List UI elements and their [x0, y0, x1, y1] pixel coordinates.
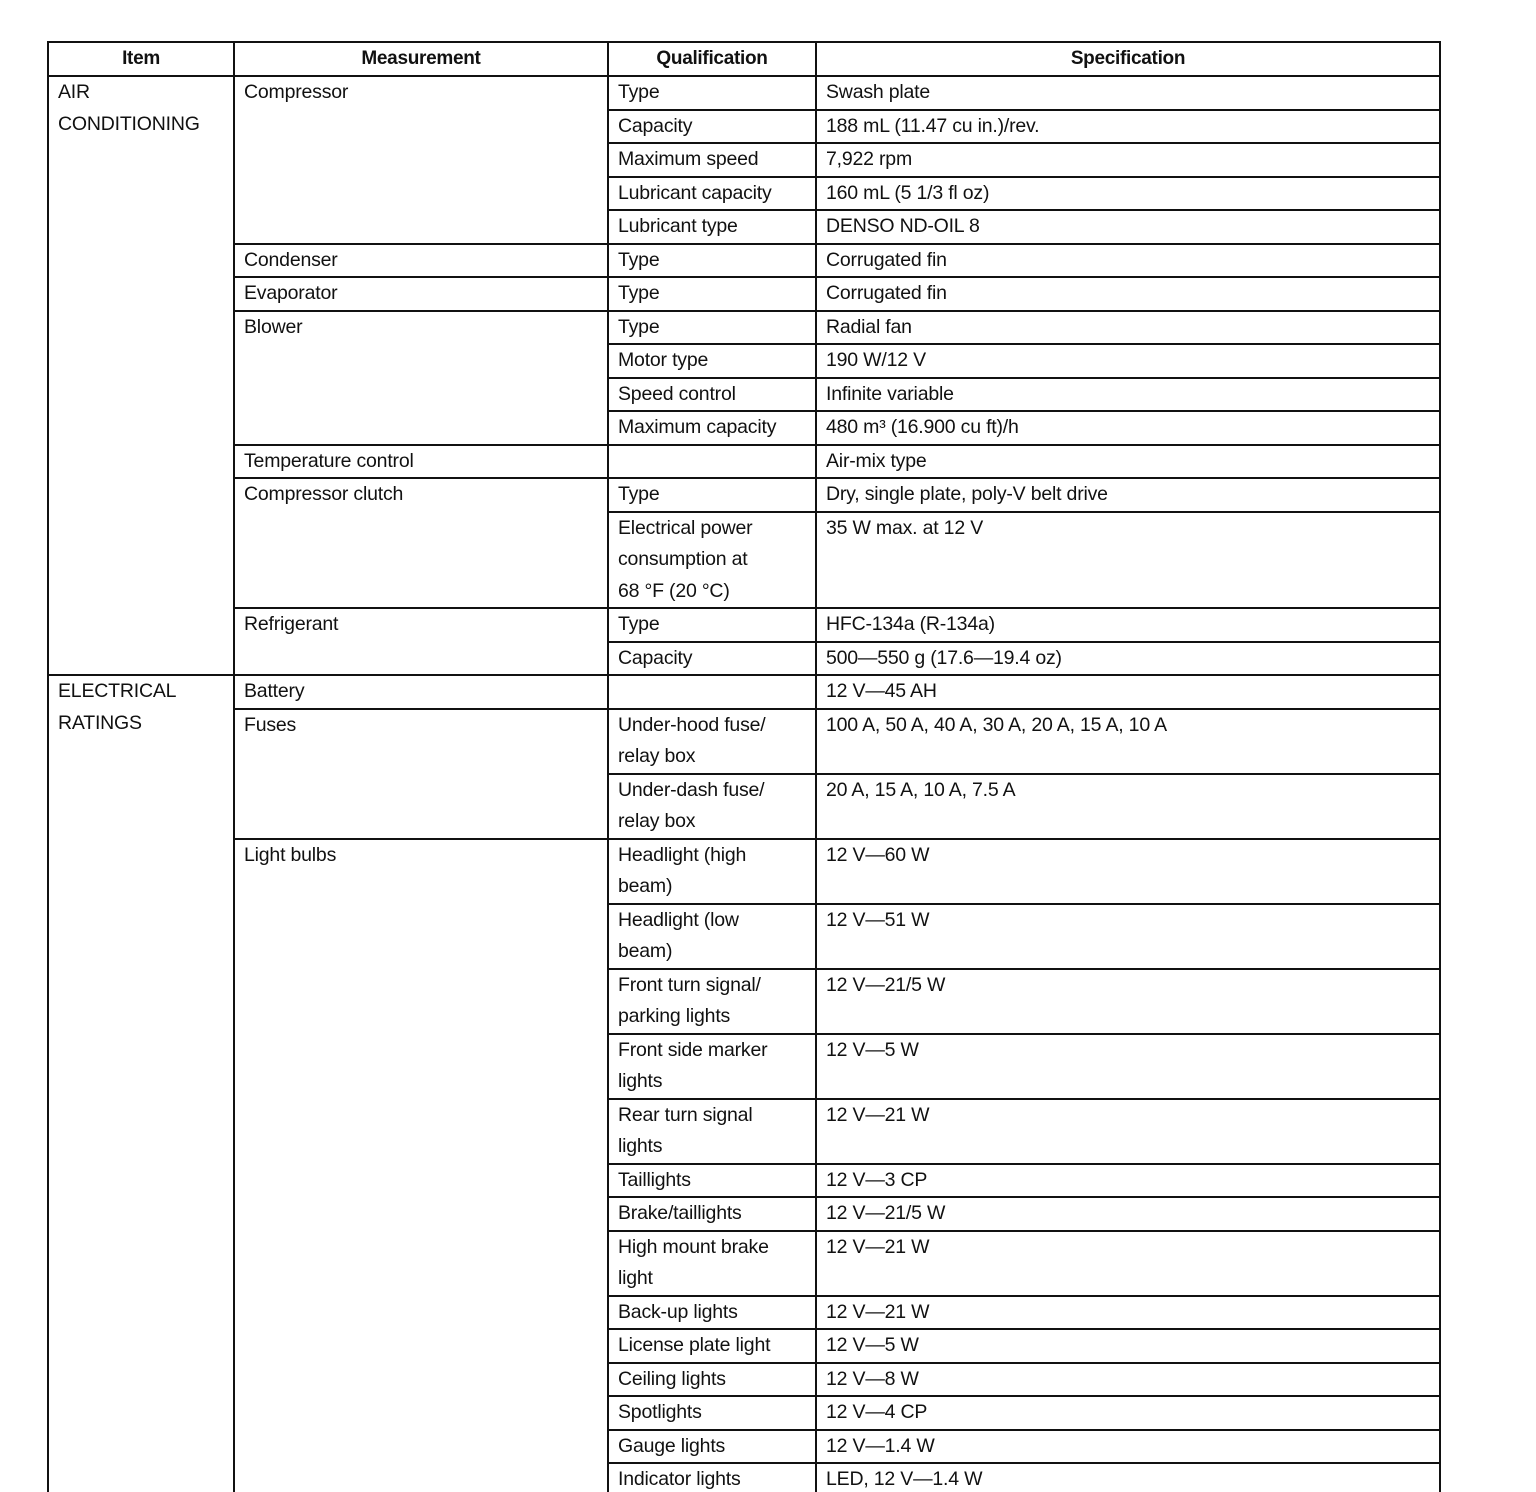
qualification-line: 68 °F (20 °C) — [618, 576, 806, 608]
qualification-cell: Type — [608, 277, 816, 311]
qualification-cell: Lubricant capacity — [608, 177, 816, 211]
specification-cell: 12 V—60 W — [816, 839, 1440, 904]
qualification-cell — [608, 675, 816, 709]
header-item: Item — [48, 42, 234, 76]
specification-cell: 188 mL (11.47 cu in.)/rev. — [816, 110, 1440, 144]
qualification-cell: Motor type — [608, 344, 816, 378]
table-row: FusesUnder-hood fuse/relay box100 A, 50 … — [48, 709, 1440, 774]
specification-cell: 100 A, 50 A, 40 A, 30 A, 20 A, 15 A, 10 … — [816, 709, 1440, 774]
specification-cell: Corrugated fin — [816, 277, 1440, 311]
item-cell: AIRCONDITIONING — [48, 76, 234, 675]
specification-cell: Dry, single plate, poly-V belt drive — [816, 478, 1440, 512]
specification-table: Item Measurement Qualification Specifica… — [47, 41, 1441, 1492]
measurement-cell: Battery — [234, 675, 608, 709]
specification-cell: 12 V—51 W — [816, 904, 1440, 969]
qualification-cell: Ceiling lights — [608, 1363, 816, 1397]
qualification-cell: Back-up lights — [608, 1296, 816, 1330]
specification-cell: 12 V—8 W — [816, 1363, 1440, 1397]
item-cell: ELECTRICALRATINGS — [48, 675, 234, 1492]
item-label-line: ELECTRICAL — [58, 676, 224, 708]
specification-cell: Radial fan — [816, 311, 1440, 345]
specification-cell: Air-mix type — [816, 445, 1440, 479]
item-label-line: AIR — [58, 77, 224, 109]
qualification-line: relay box — [618, 806, 806, 838]
specification-cell: 12 V—21/5 W — [816, 969, 1440, 1034]
specification-cell: 500—550 g (17.6—19.4 oz) — [816, 642, 1440, 676]
specification-cell: 12 V—4 CP — [816, 1396, 1440, 1430]
qualification-line: Rear turn signal — [618, 1100, 806, 1132]
qualification-cell: Maximum capacity — [608, 411, 816, 445]
qualification-cell: Lubricant type — [608, 210, 816, 244]
table-row: Compressor clutchTypeDry, single plate, … — [48, 478, 1440, 512]
specification-cell: 7,922 rpm — [816, 143, 1440, 177]
specification-cell: 190 W/12 V — [816, 344, 1440, 378]
qualification-cell: Type — [608, 244, 816, 278]
qualification-line: lights — [618, 1066, 806, 1098]
specification-cell: 12 V—3 CP — [816, 1164, 1440, 1198]
item-label-line: RATINGS — [58, 708, 224, 740]
measurement-cell: Evaporator — [234, 277, 608, 311]
specification-cell: 12 V—45 AH — [816, 675, 1440, 709]
qualification-cell: Headlight (highbeam) — [608, 839, 816, 904]
qualification-cell: Gauge lights — [608, 1430, 816, 1464]
table-row: AIRCONDITIONINGCompressorTypeSwash plate — [48, 76, 1440, 110]
qualification-line: Front turn signal/ — [618, 970, 806, 1002]
qualification-line: Headlight (low — [618, 905, 806, 937]
qualification-cell: Type — [608, 76, 816, 110]
table-row: CondenserTypeCorrugated fin — [48, 244, 1440, 278]
specification-cell: Infinite variable — [816, 378, 1440, 412]
specification-cell: 12 V—21/5 W — [816, 1197, 1440, 1231]
qualification-line: Electrical power — [618, 513, 806, 545]
specification-cell: 480 m³ (16.900 cu ft)/h — [816, 411, 1440, 445]
qualification-cell: Under-dash fuse/relay box — [608, 774, 816, 839]
qualification-line: Front side marker — [618, 1035, 806, 1067]
measurement-cell: Fuses — [234, 709, 608, 839]
item-label-line: CONDITIONING — [58, 109, 224, 141]
specification-cell: 12 V—5 W — [816, 1329, 1440, 1363]
header-measurement: Measurement — [234, 42, 608, 76]
qualification-cell: Rear turn signallights — [608, 1099, 816, 1164]
qualification-line: parking lights — [618, 1001, 806, 1033]
specification-cell: 35 W max. at 12 V — [816, 512, 1440, 609]
specification-cell: 12 V—21 W — [816, 1296, 1440, 1330]
measurement-cell: Condenser — [234, 244, 608, 278]
qualification-line: Headlight (high — [618, 840, 806, 872]
qualification-cell: Type — [608, 608, 816, 642]
qualification-cell: Under-hood fuse/relay box — [608, 709, 816, 774]
qualification-cell: Indicator lights — [608, 1463, 816, 1492]
measurement-cell: Compressor clutch — [234, 478, 608, 608]
qualification-cell: Electrical powerconsumption at68 °F (20 … — [608, 512, 816, 609]
specification-cell: DENSO ND-OIL 8 — [816, 210, 1440, 244]
qualification-line: lights — [618, 1131, 806, 1163]
specification-cell: LED, 12 V—1.4 W — [816, 1463, 1440, 1492]
header-specification: Specification — [816, 42, 1440, 76]
specification-cell: Corrugated fin — [816, 244, 1440, 278]
header-qualification: Qualification — [608, 42, 816, 76]
table-row: RefrigerantTypeHFC-134a (R-134a) — [48, 608, 1440, 642]
qualification-cell: Type — [608, 311, 816, 345]
qualification-cell: Taillights — [608, 1164, 816, 1198]
table-body: AIRCONDITIONINGCompressorTypeSwash plate… — [48, 76, 1440, 1492]
specification-cell: 12 V—1.4 W — [816, 1430, 1440, 1464]
specification-cell: 160 mL (5 1/3 fl oz) — [816, 177, 1440, 211]
qualification-line: light — [618, 1263, 806, 1295]
qualification-line: Under-dash fuse/ — [618, 775, 806, 807]
qualification-line: consumption at — [618, 544, 806, 576]
measurement-cell: Temperature control — [234, 445, 608, 479]
table-row: ELECTRICALRATINGSBattery12 V—45 AH — [48, 675, 1440, 709]
qualification-cell: License plate light — [608, 1329, 816, 1363]
table-row: Light bulbsHeadlight (highbeam)12 V—60 W — [48, 839, 1440, 904]
qualification-line: beam) — [618, 871, 806, 903]
specification-cell: 20 A, 15 A, 10 A, 7.5 A — [816, 774, 1440, 839]
table-row: EvaporatorTypeCorrugated fin — [48, 277, 1440, 311]
qualification-line: relay box — [618, 741, 806, 773]
qualification-cell: Headlight (lowbeam) — [608, 904, 816, 969]
qualification-cell: High mount brakelight — [608, 1231, 816, 1296]
qualification-cell: Capacity — [608, 642, 816, 676]
qualification-line: Under-hood fuse/ — [618, 710, 806, 742]
qualification-cell: Speed control — [608, 378, 816, 412]
specification-cell: 12 V—21 W — [816, 1099, 1440, 1164]
specification-cell: 12 V—21 W — [816, 1231, 1440, 1296]
qualification-line: High mount brake — [618, 1232, 806, 1264]
table-row: BlowerTypeRadial fan — [48, 311, 1440, 345]
table-row: Temperature controlAir-mix type — [48, 445, 1440, 479]
specification-cell: HFC-134a (R-134a) — [816, 608, 1440, 642]
qualification-cell: Type — [608, 478, 816, 512]
qualification-cell: Brake/taillights — [608, 1197, 816, 1231]
qualification-cell: Front turn signal/parking lights — [608, 969, 816, 1034]
specification-cell: Swash plate — [816, 76, 1440, 110]
qualification-cell: Spotlights — [608, 1396, 816, 1430]
header-row: Item Measurement Qualification Specifica… — [48, 42, 1440, 76]
qualification-cell: Capacity — [608, 110, 816, 144]
specification-cell: 12 V—5 W — [816, 1034, 1440, 1099]
qualification-cell: Front side markerlights — [608, 1034, 816, 1099]
measurement-cell: Light bulbs — [234, 839, 608, 1492]
qualification-line: beam) — [618, 936, 806, 968]
measurement-cell: Blower — [234, 311, 608, 445]
measurement-cell: Refrigerant — [234, 608, 608, 675]
qualification-cell: Maximum speed — [608, 143, 816, 177]
qualification-cell — [608, 445, 816, 479]
measurement-cell: Compressor — [234, 76, 608, 244]
